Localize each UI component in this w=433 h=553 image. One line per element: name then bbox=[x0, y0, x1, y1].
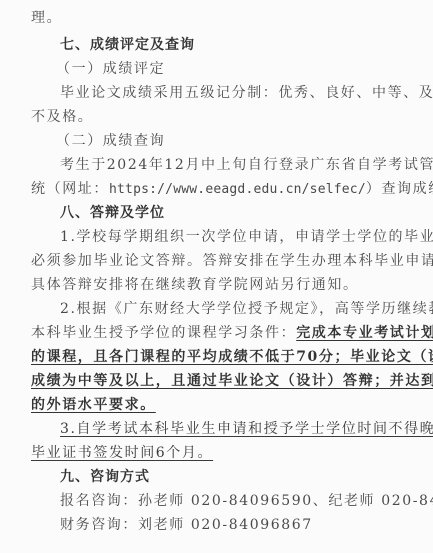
defense-item-2-cont: 本科毕业生授予学位的课程学习条件：完成本专业考试计划规定 bbox=[31, 321, 413, 345]
exam-system-link[interactable]: https://www.eeagd.edu.cn/selfec/ bbox=[109, 182, 366, 197]
defense-item-3: 3.自学考试本科毕业生申请和授予学士学位时间不得晚于 bbox=[60, 417, 413, 441]
deadline-underlined: 3.自学考试本科毕业生申请和授予学士学位时间不得晚于 bbox=[60, 421, 433, 437]
grading-text-cont: 不及格。 bbox=[31, 105, 413, 129]
contact-finance: 财务咨询：刘老师 020-84096867 bbox=[60, 513, 413, 537]
contact-registration: 报名咨询：孙老师 020-84096590、纪老师 020-84096362 bbox=[60, 489, 413, 513]
defense-item-1-cont2: 具体答辩安排将在继续教育学院网站另行通知。 bbox=[31, 273, 413, 297]
paragraph-tail: 理。 bbox=[31, 6, 413, 30]
query-text: 考生于2024年12月中上旬自行登录广东省自学考试管理系 bbox=[60, 153, 413, 177]
conditions-underlined: 的外语水平要求。 bbox=[31, 397, 156, 413]
query-suffix: ）查询成绩。 bbox=[366, 181, 433, 197]
query-text-cont: 统（网址：https://www.eeagd.edu.cn/selfec/）查询… bbox=[31, 177, 413, 201]
section-heading-8: 八、答辩及学位 bbox=[60, 201, 413, 225]
defense-item-1: 1.学校每学期组织一次学位申请，申请学士学位的毕业生， bbox=[60, 225, 413, 249]
defense-item-2-cont4: 的外语水平要求。 bbox=[31, 393, 413, 417]
conditions-underlined: 的课程，且各门课程的平均成绩不低于70分；毕业论文（设计） bbox=[31, 349, 433, 365]
conditions-underlined: 完成本专业考试计划规定 bbox=[296, 325, 433, 341]
conditions-label: 本科毕业生授予学位的课程学习条件： bbox=[31, 325, 296, 341]
defense-item-2: 2.根据《广东财经大学学位授予规定》，高等学历继续教育 bbox=[60, 297, 413, 321]
conditions-underlined: 成绩为中等及以上，且通过毕业论文（设计）答辩；并达到规定 bbox=[31, 373, 433, 389]
subheading-query: （二）成绩查询 bbox=[56, 129, 433, 153]
grading-text: 毕业论文成绩采用五级记分制：优秀、良好、中等、及格、 bbox=[60, 81, 413, 105]
query-prefix: 统（网址： bbox=[31, 181, 109, 197]
defense-item-2-cont3: 成绩为中等及以上，且通过毕业论文（设计）答辩；并达到规定 bbox=[31, 369, 413, 393]
defense-item-3-cont: 毕业证书签发时间6个月。 bbox=[31, 441, 413, 465]
subheading-grading: （一）成绩评定 bbox=[56, 57, 433, 81]
section-heading-9: 九、咨询方式 bbox=[60, 465, 413, 489]
defense-item-1-cont: 必须参加毕业论文答辩。答辩安排在学生办理本科毕业申请后， bbox=[31, 249, 413, 273]
defense-item-2-cont2: 的课程，且各门课程的平均成绩不低于70分；毕业论文（设计） bbox=[31, 345, 413, 369]
deadline-underlined: 毕业证书签发时间6个月。 bbox=[31, 445, 213, 461]
section-heading-7: 七、成绩评定及查询 bbox=[60, 33, 413, 57]
